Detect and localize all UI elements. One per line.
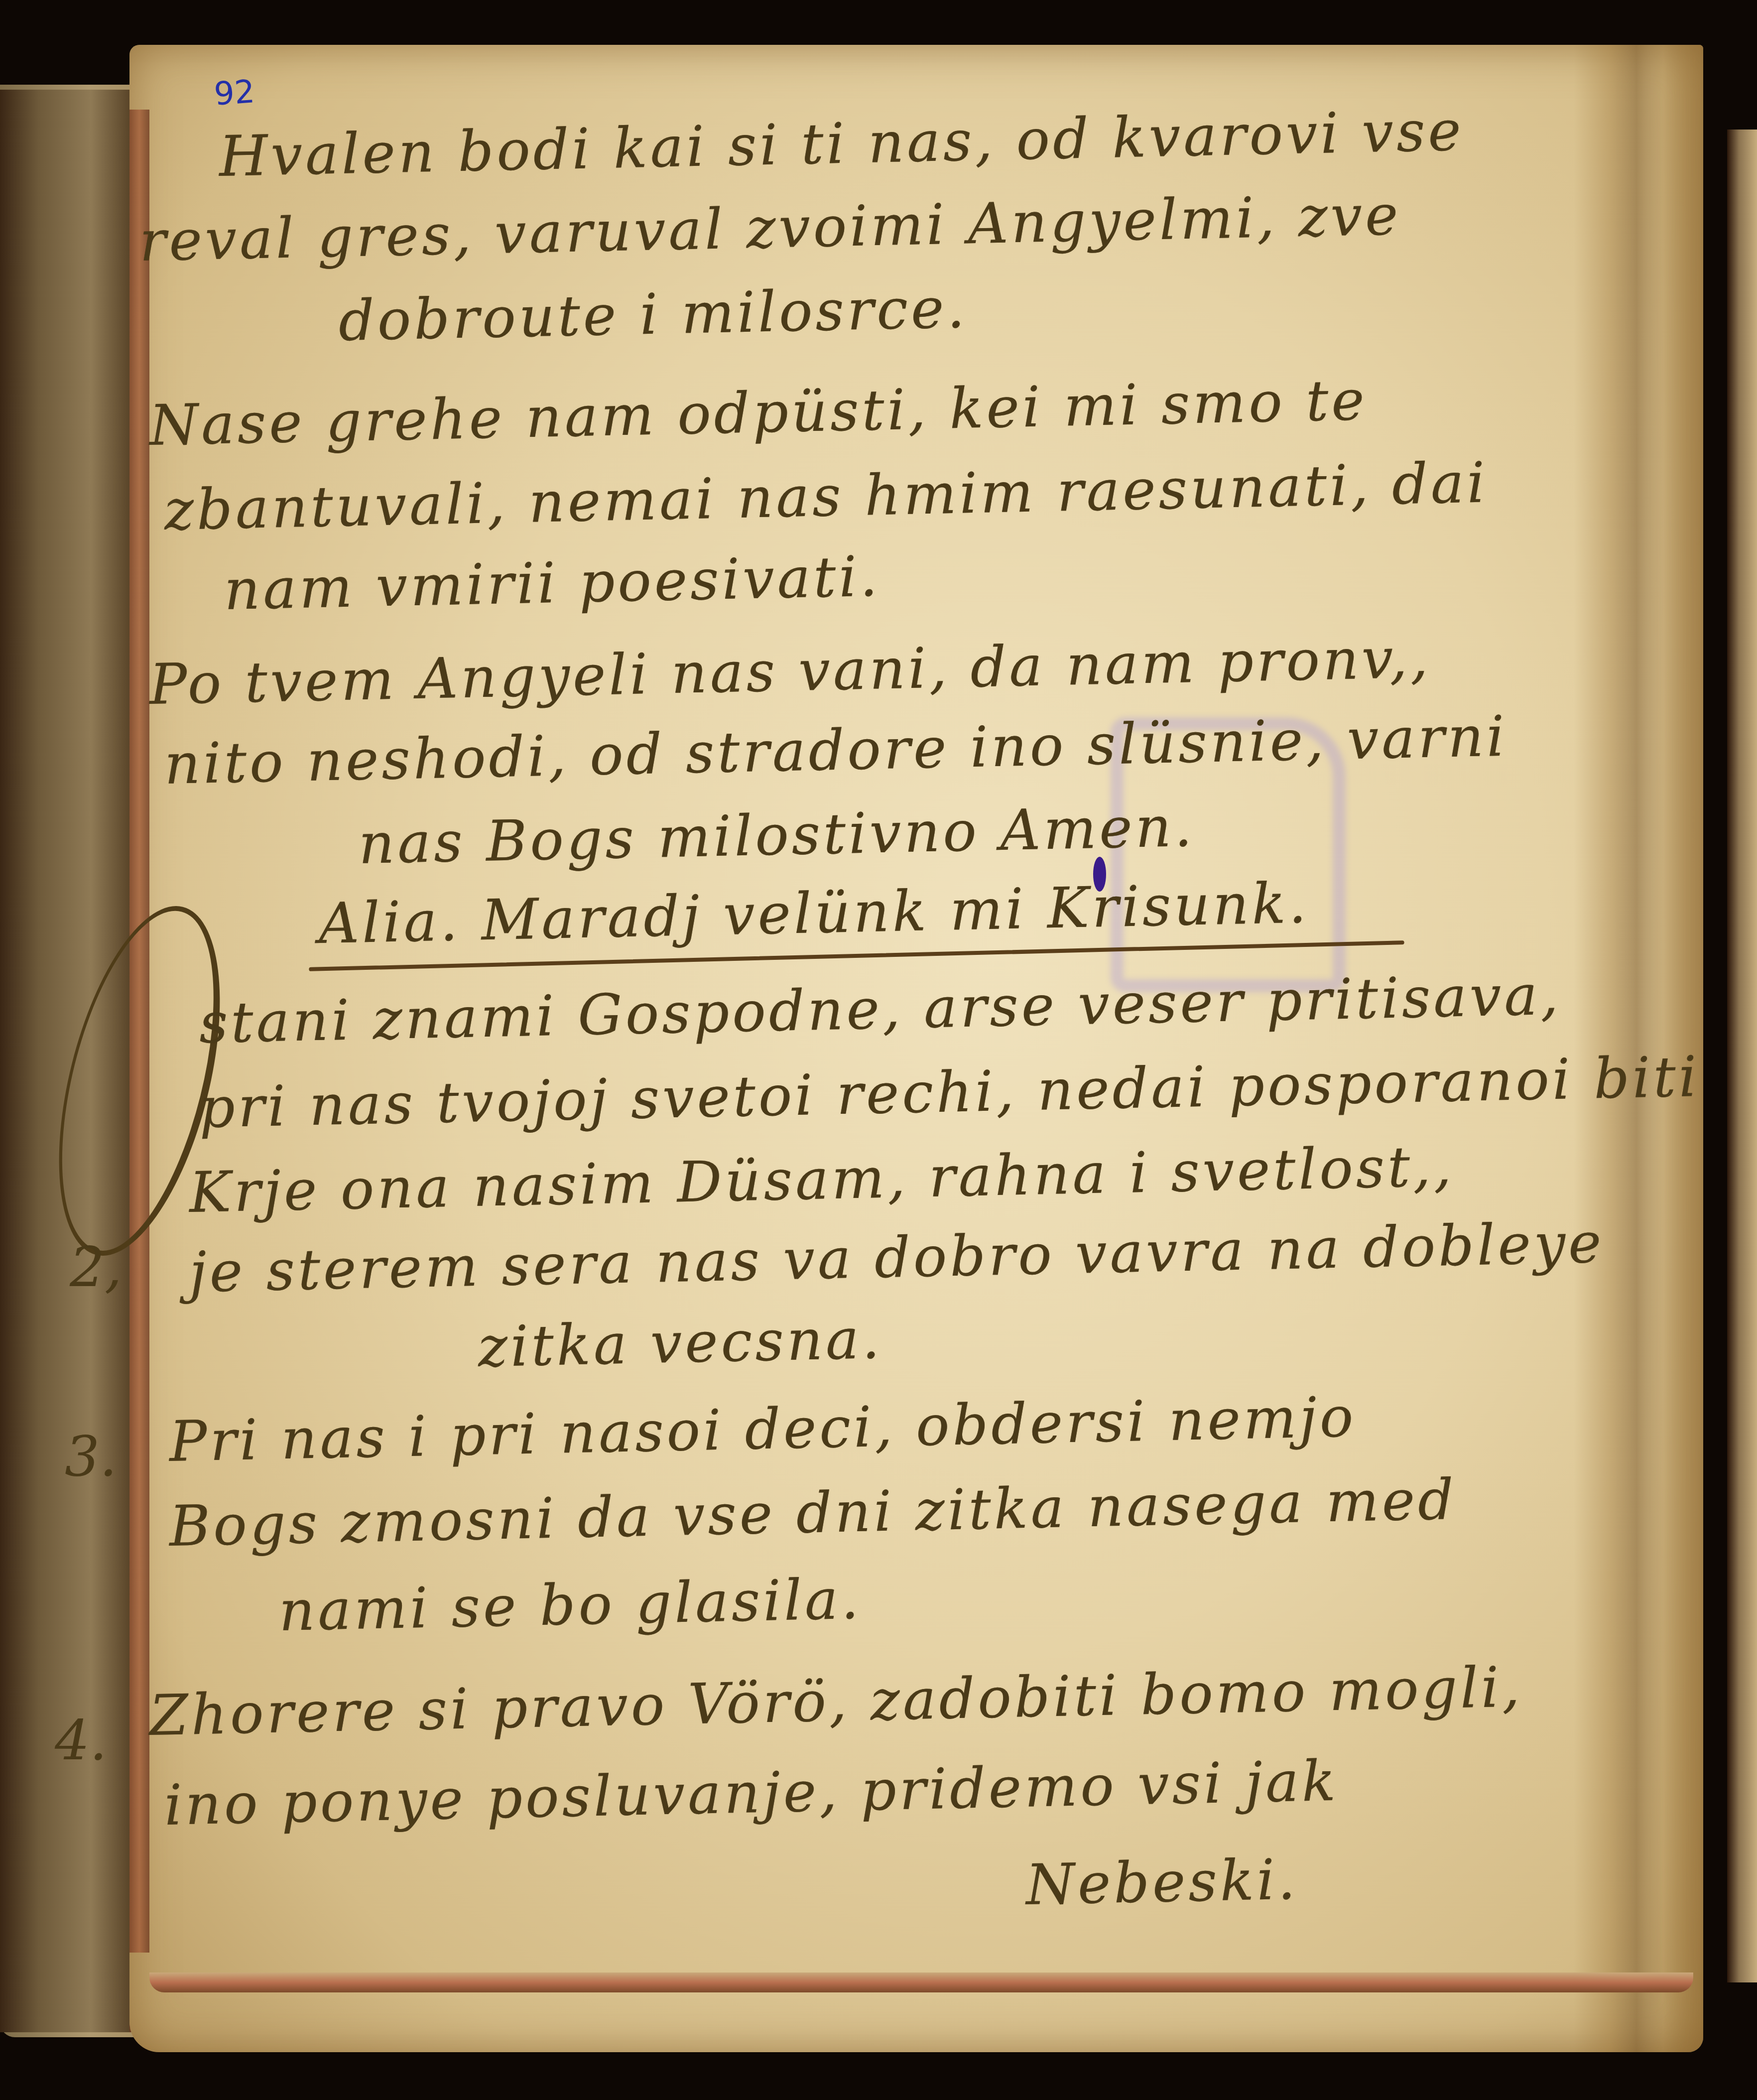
verse-line: Po tvem Angyeli nas vani, da nam pronv,,	[149, 626, 1432, 717]
verse-line: Bogs zmosni da vse dni zitka nasega med	[169, 1467, 1457, 1559]
verse-line: nas Bogs milostivno Amen.	[358, 794, 1196, 877]
verse-line: Nebeski.	[1025, 1847, 1299, 1918]
verse-line: ino ponye posluvanje, pridemo vsi jak	[164, 1749, 1339, 1838]
verse-line: nito neshodi, od stradore ino slüsnie, v…	[164, 704, 1508, 797]
verse-line: zitka vecsna.	[478, 1307, 883, 1380]
verse-number: 4.	[55, 1708, 107, 1772]
verse-line: zbantuvali, nemai nas hmim raesunati, da…	[164, 450, 1489, 543]
verse-line: Krje ona nasim Düsam, rahna i svetlost,,	[189, 1134, 1455, 1225]
verse-line: Hvalen bodi kai si ti nas, od kvarovi vs…	[219, 99, 1465, 189]
manuscript-text: Hvalen bodi kai si ti nas, od kvarovi vs…	[0, 0, 1757, 2100]
verse-line: nam vmirii poesivati.	[224, 544, 881, 623]
verse-number: 2,	[70, 1235, 122, 1299]
verse-line: Zhorere si pravo Vörö, zadobiti bomo mog…	[149, 1655, 1523, 1748]
verse-line: pri nas tvojoj svetoi rechi, nedai pospo…	[199, 1045, 1700, 1141]
verse-line: je sterem sera nas va dobro vavra na dob…	[189, 1210, 1605, 1305]
verse-line: Nase grehe nam odpüsti, kei mi smo te	[149, 368, 1368, 458]
verse-line: dobroute i milosrce.	[338, 276, 969, 354]
verse-number: 3.	[65, 1425, 117, 1488]
verse-line: reval gres, varuval zvoimi Angyelmi, zve	[139, 183, 1402, 274]
hymn-heading: Alia. Maradj velünk mi Krisunk.	[318, 871, 1310, 956]
verse-line: stani znami Gospodne, arse veser pritisa…	[199, 963, 1562, 1056]
verse-line: nami se bo glasila.	[278, 1567, 863, 1644]
verse-line: Pri nas i pri nasoi deci, obdersi nemjo	[169, 1385, 1357, 1474]
